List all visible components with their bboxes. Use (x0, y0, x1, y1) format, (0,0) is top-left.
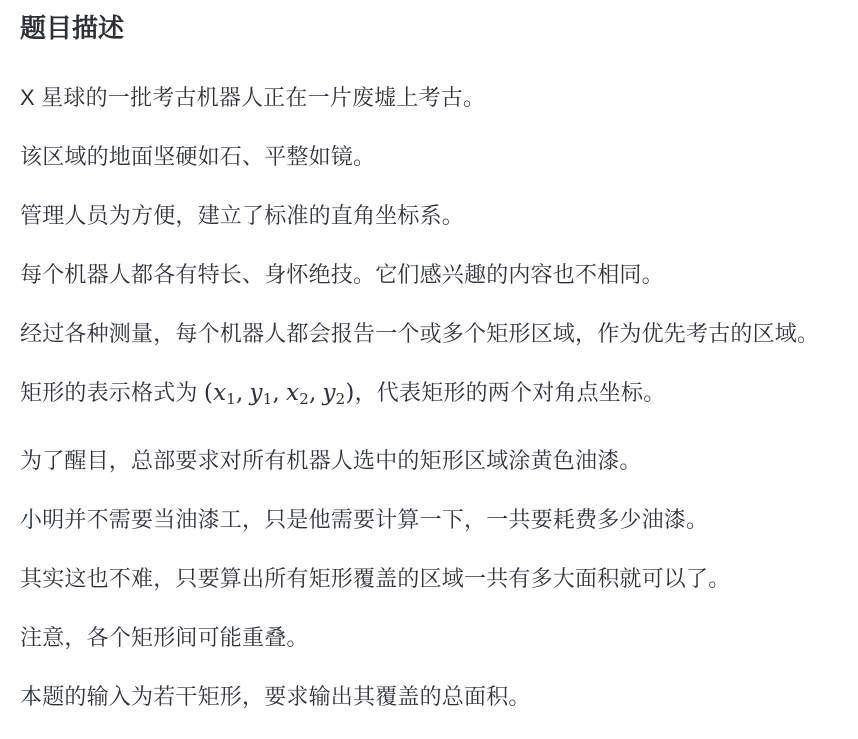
formula-prefix-text: 矩形的表示格式为 (20, 380, 204, 405)
var-x1: x (213, 380, 226, 406)
paragraph-xiaoming-paint-cost: 小明并不需要当油漆工，只是他需要计算一下，一共要耗费多少油漆。 (20, 503, 838, 536)
paragraph-coordinate-system: 管理人员为方便，建立了标准的直角坐标系。 (20, 199, 838, 232)
paragraph-ground: 该区域的地面坚硬如石、平整如镜。 (20, 140, 838, 173)
sub-x1: 1 (226, 390, 236, 408)
comma: , (273, 380, 281, 406)
paragraph-input-output: 本题的输入为若干矩形，要求输出其覆盖的总面积。 (20, 680, 838, 713)
paragraph-paint-yellow: 为了醒目，总部要求对所有机器人选中的矩形区域涂黄色油漆。 (20, 444, 838, 477)
paragraph-intro: X 星球的一批考古机器人正在一片废墟上考古。 (20, 81, 838, 114)
var-y1: y (250, 380, 263, 406)
rect-coordinates-formula: (x1,y1,x2,y2) (204, 380, 355, 406)
sub-y2: 2 (336, 390, 346, 408)
paragraph-compute-covered-area: 其实这也不难，只要算出所有矩形覆盖的区域一共有多大面积就可以了。 (20, 562, 838, 595)
sub-y1: 1 (263, 390, 273, 408)
comma: , (236, 380, 244, 406)
problem-description-page: 题目描述 X 星球的一批考古机器人正在一片废墟上考古。 该区域的地面坚硬如石、平… (0, 0, 858, 739)
paragraph-robot-interests: 每个机器人都各有特长、身怀绝技。它们感兴趣的内容也不相同。 (20, 258, 838, 291)
var-x2: x (286, 380, 299, 406)
comma: , (309, 380, 317, 406)
close-paren: ) (345, 380, 354, 406)
page-title: 题目描述 (20, 12, 838, 45)
var-y2: y (322, 380, 335, 406)
paragraph-rect-format: 矩形的表示格式为 (x1,y1,x2,y2)，代表矩形的两个对角点坐标。 (20, 376, 838, 410)
open-paren: ( (204, 380, 213, 406)
paragraph-report-rectangles: 经过各种测量，每个机器人都会报告一个或多个矩形区域，作为优先考古的区域。 (20, 317, 838, 350)
paragraph-overlap-note: 注意，各个矩形间可能重叠。 (20, 621, 838, 654)
sub-x2: 2 (299, 390, 309, 408)
formula-suffix-text: ，代表矩形的两个对角点坐标。 (355, 380, 666, 405)
